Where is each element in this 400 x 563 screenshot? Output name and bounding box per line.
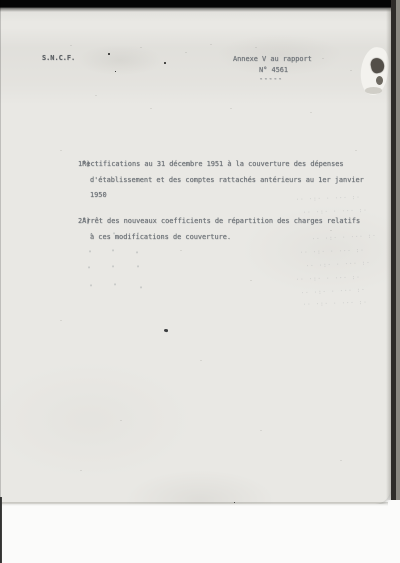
noise-ghost-row: ·· ·:· · ··· :· bbox=[296, 275, 361, 283]
noise-ditto-mark: " bbox=[136, 232, 140, 239]
noise-speck-light bbox=[80, 470, 82, 471]
noise-ditto-mark: " bbox=[88, 250, 92, 257]
noise-speck-light bbox=[310, 112, 312, 113]
scan-top-strip bbox=[0, 0, 400, 12]
noise-speck-dark bbox=[108, 53, 110, 55]
noise-speck-light bbox=[150, 108, 152, 109]
noise-ghost-row: ·· ·:· · ··· :· bbox=[300, 248, 365, 256]
noise-speck-light bbox=[340, 460, 342, 461]
noise-speck-light bbox=[60, 320, 62, 321]
document-page: S.N.C.F. Annexe V au rapport N° 4561 ---… bbox=[0, 0, 391, 504]
noise-ditto-mark: " bbox=[139, 286, 143, 293]
noise-speck-light bbox=[210, 44, 212, 45]
noise-ghost-row: ·· ·:· · ··· :· bbox=[301, 287, 366, 296]
noise-speck-light bbox=[185, 52, 187, 53]
tear-small-blob bbox=[376, 76, 383, 85]
noise-speck-light bbox=[350, 70, 352, 71]
noise-ink-blob bbox=[164, 329, 168, 333]
page-bottom-shadow bbox=[0, 502, 388, 506]
scan-background-bottom bbox=[0, 504, 400, 563]
noise-speck-light bbox=[120, 420, 122, 421]
noise-ditto-mark: " bbox=[112, 232, 116, 239]
noise-ghost-row: ·· ·:· · ··· :· bbox=[303, 300, 368, 308]
noise-speck-light bbox=[355, 150, 357, 151]
noise-speck-light bbox=[230, 108, 232, 109]
noise-ghost-row: ·· ·:· · ··· :· bbox=[296, 195, 361, 203]
noise-speck-light bbox=[70, 45, 72, 46]
noise-ditto-mark: " bbox=[136, 265, 140, 272]
noise-ghost-row: ·· ·:· · ··· :· bbox=[303, 208, 368, 216]
noise-speck-light bbox=[250, 280, 252, 281]
noise-speck-light bbox=[180, 250, 182, 251]
noise-ghost-row: ·· ·:· · ··· :· bbox=[312, 233, 377, 242]
noise-speck-light bbox=[260, 430, 262, 431]
noise-ghost-row: ·· ·:· · ··· :· bbox=[306, 260, 371, 269]
noise-speck-light bbox=[330, 230, 332, 231]
scan-left-edge-faint bbox=[0, 0, 1, 563]
scanned-document: S.N.C.F. Annexe V au rapport N° 4561 ---… bbox=[0, 0, 400, 563]
noise-speck-dark bbox=[164, 62, 166, 64]
noise-ditto-mark: " bbox=[111, 249, 115, 256]
noise-speck-light bbox=[140, 47, 142, 48]
noise-ditto-mark: " bbox=[113, 283, 117, 290]
noise-ditto-mark: " bbox=[87, 266, 91, 273]
noise-speck-light bbox=[255, 47, 257, 48]
noise-speck-light bbox=[60, 150, 62, 151]
noise-speck-light bbox=[200, 360, 202, 361]
tear-smudge bbox=[365, 87, 382, 94]
noise-ditto-mark: " bbox=[89, 233, 93, 240]
noise-ditto-mark: " bbox=[111, 265, 115, 272]
scan-noise-layer: """""""""""""·· ·:· · ··· :··· ·:· · ···… bbox=[0, 0, 391, 504]
noise-ditto-mark: " bbox=[135, 251, 139, 258]
noise-speck-light bbox=[322, 58, 324, 59]
noise-speck-light bbox=[95, 95, 97, 96]
noise-speck-dark bbox=[115, 71, 116, 72]
page-right-edge-outer bbox=[396, 0, 400, 500]
noise-ditto-mark: " bbox=[89, 284, 93, 291]
noise-ditto-mark: " bbox=[160, 236, 164, 243]
